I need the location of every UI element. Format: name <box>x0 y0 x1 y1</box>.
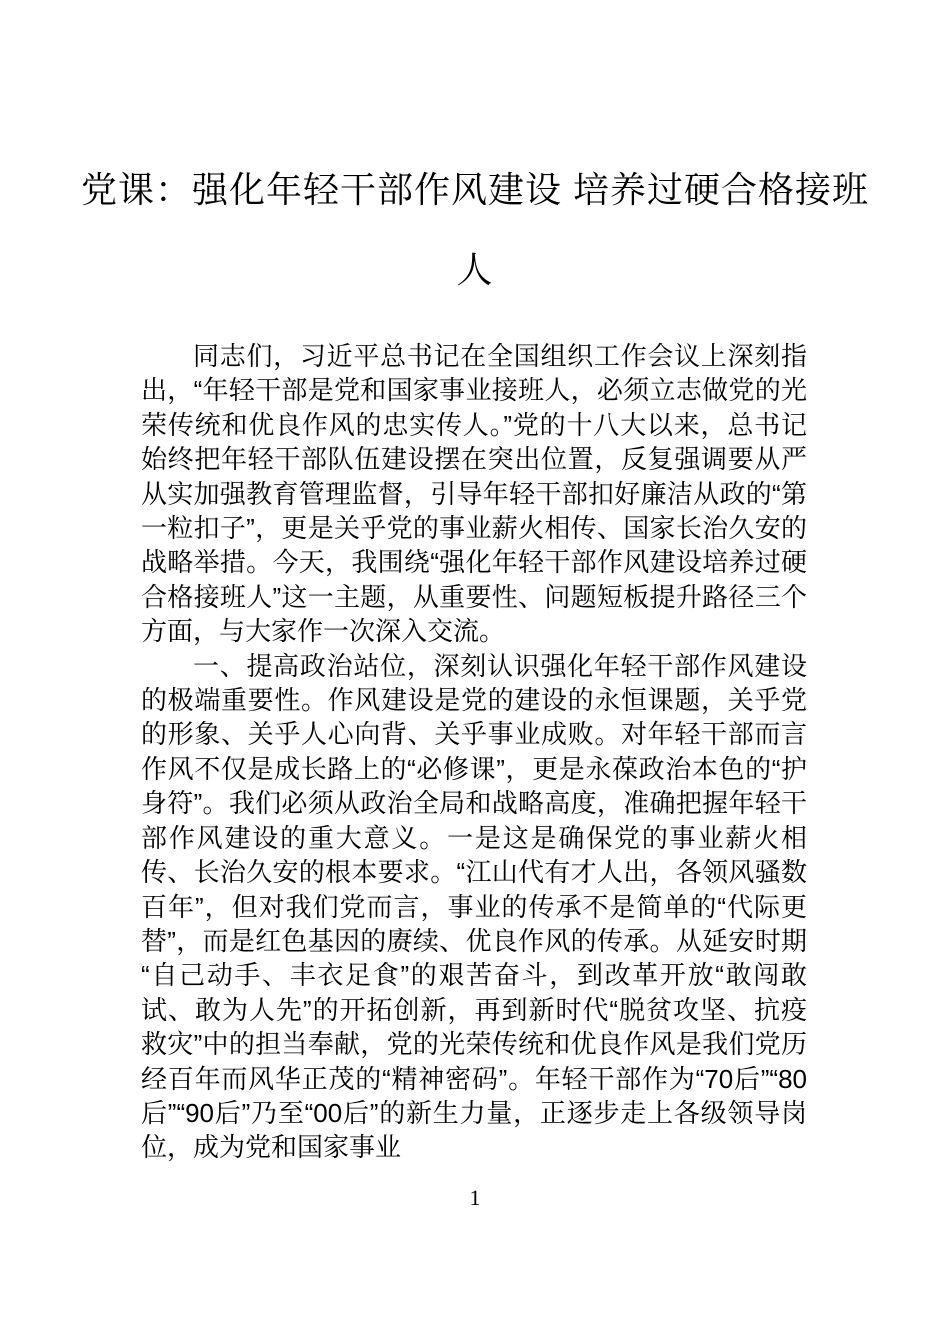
document-page: 党课：强化年轻干部作风建设 培养过硬合格接班人 同志们，习近平总书记在全国组织工… <box>0 0 950 1344</box>
document-title: 党课：强化年轻干部作风建设 培养过硬合格接班人 <box>80 150 870 310</box>
page-number: 1 <box>0 1183 950 1213</box>
document-body: 同志们，习近平总书记在全国组织工作会议上深刻指出，“年轻干部是党和国家事业接班人… <box>141 339 807 1165</box>
paragraph-intro: 同志们，习近平总书记在全国组织工作会议上深刻指出，“年轻干部是党和国家事业接班人… <box>141 339 807 649</box>
paragraph-section-one: 一、提高政治站位，深刻认识强化年轻干部作风建设的极端重要性。作风建设是党的建设的… <box>141 649 807 1165</box>
